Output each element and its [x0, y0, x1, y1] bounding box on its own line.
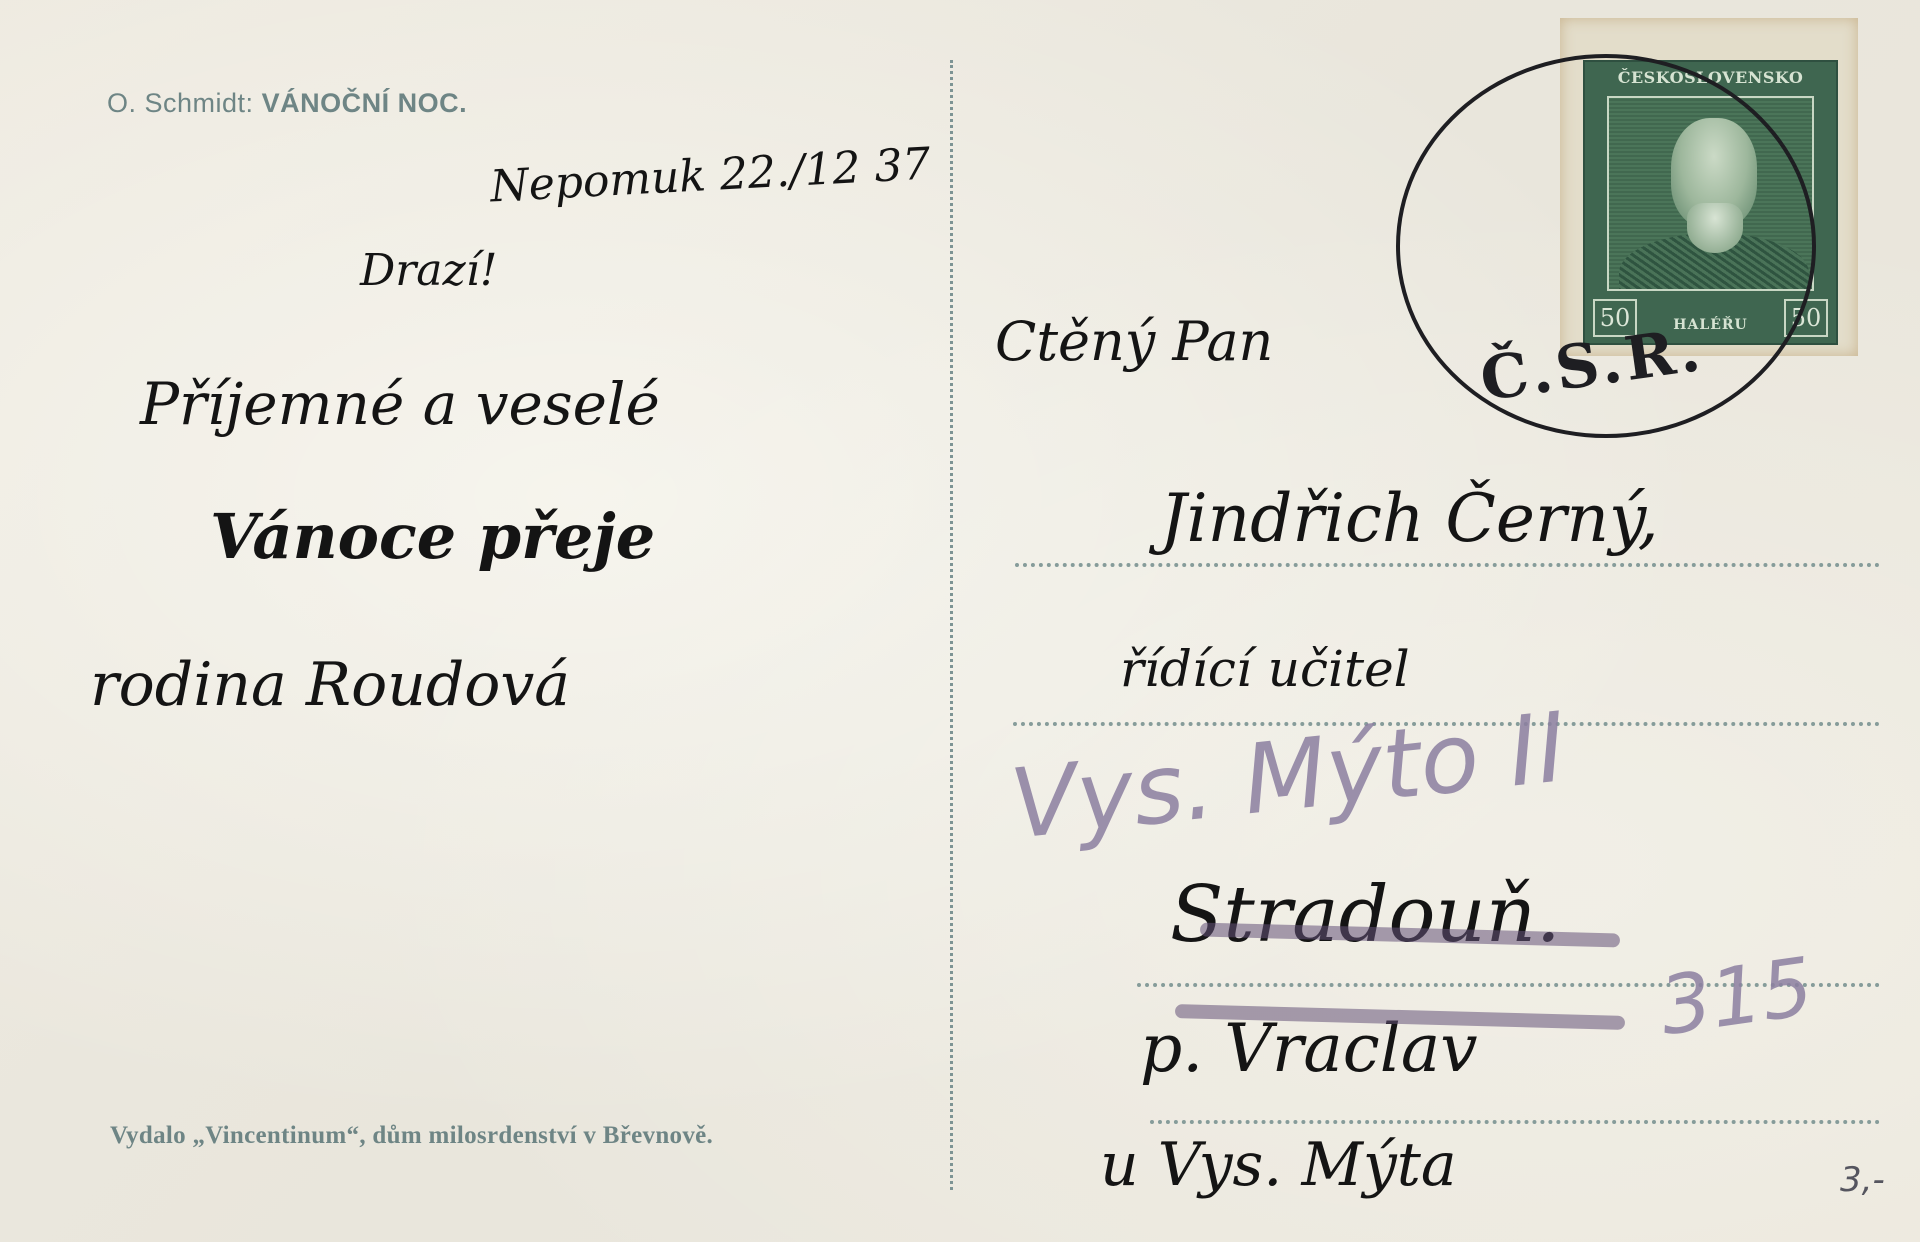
address-town: Stradouň. — [1170, 870, 1561, 960]
address-line-1 — [1015, 563, 1880, 567]
address-name: Jindřich Černý, — [1160, 480, 1659, 557]
postmark-text-bottom: Č.S.R. — [1476, 315, 1708, 416]
address-salutation: Ctěný Pan — [995, 310, 1273, 373]
message-signature: rodina Roudová — [90, 650, 570, 720]
stamp-country: ČESKOSLOVENSKO — [1585, 68, 1836, 87]
stamp-value-right: 50 — [1784, 299, 1828, 337]
center-divider — [950, 60, 953, 1190]
address-title: řídící učitel — [1120, 640, 1410, 698]
postage-stamp: ČESKOSLOVENSKO 50 HALÉŘU 50 — [1560, 18, 1858, 356]
printed-title: O. Schmidt: VÁNOČNÍ NOC. — [107, 88, 467, 119]
address-line-4 — [1150, 1120, 1880, 1124]
title-author: O. Schmidt: — [107, 88, 254, 118]
corner-pencil-note: 3,- — [1840, 1160, 1885, 1200]
message-line-2: Vánoce přeje — [210, 500, 655, 573]
postcard: O. Schmidt: VÁNOČNÍ NOC. Nepomuk 22./12 … — [0, 0, 1920, 1242]
stamp-portrait-icon — [1607, 96, 1814, 291]
title-work: VÁNOČNÍ NOC. — [262, 88, 468, 118]
message-place-date: Nepomuk 22./12 37 — [489, 139, 932, 213]
stamp-frame: ČESKOSLOVENSKO 50 HALÉŘU 50 — [1583, 60, 1838, 345]
pencil-number: 315 — [1654, 940, 1818, 1053]
publisher-imprint: Vydalo „Vincentinum“, dům milosrdenství … — [110, 1122, 713, 1150]
message-line-1: Příjemné a veselé — [140, 370, 660, 438]
address-region: u Vys. Mýta — [1100, 1130, 1457, 1200]
pencil-correction: Vys. Mýto II — [1006, 691, 1571, 861]
message-greeting: Drazí! — [360, 245, 497, 296]
portrait-beard — [1687, 203, 1743, 253]
